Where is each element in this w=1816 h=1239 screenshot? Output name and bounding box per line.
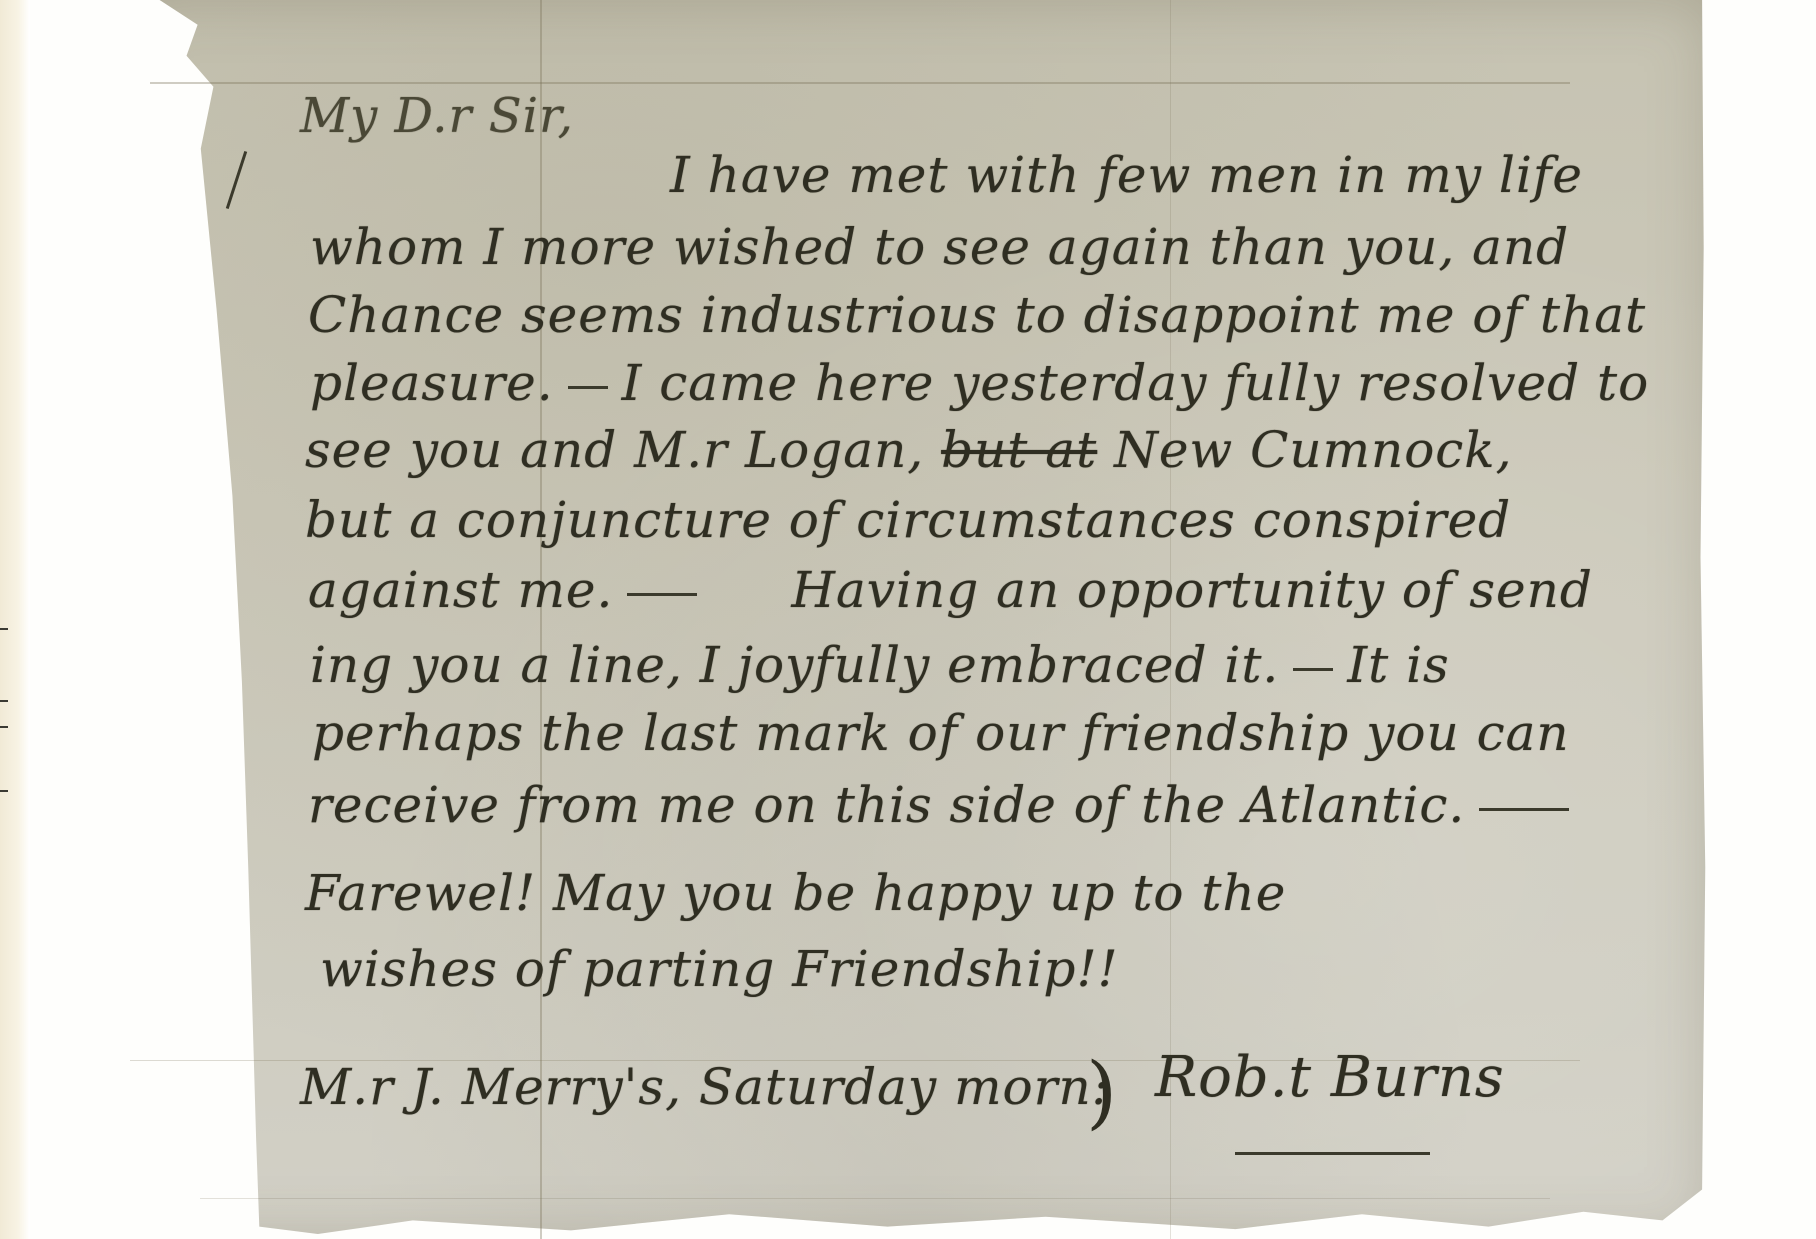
gutter-mark (0, 726, 8, 728)
salutation: My D.r Sir, (300, 92, 574, 140)
fold-line (540, 0, 542, 1239)
dash-mark (1293, 668, 1333, 671)
letter-line-3: Chance seems industrious to disappoint m… (308, 290, 1646, 340)
dash-mark (1479, 808, 1569, 811)
letter-line-2: whom I more wished to see again than you… (310, 222, 1569, 272)
letter-text: Having an opportunity of send (791, 561, 1592, 619)
letter-line-7: against me.Having an opportunity of send (308, 565, 1593, 615)
letter-line-12: wishes of parting Friendship!! (320, 944, 1119, 994)
book-gutter (0, 0, 30, 1239)
letter-text: New Cumnock, (1097, 421, 1512, 479)
dash-mark (627, 593, 697, 596)
letter-text: pleasure. (310, 354, 554, 412)
gutter-mark (0, 790, 8, 792)
letter-line-9: perhaps the last mark of our friendship … (312, 708, 1570, 758)
fold-line (200, 1198, 1550, 1199)
gutter-mark (0, 700, 8, 702)
signature: Rob.t Burns (1155, 1050, 1505, 1106)
letter-text: see you and M.r Logan, (305, 421, 941, 479)
dash-mark (568, 386, 608, 389)
letter-text: It is (1347, 636, 1449, 694)
letter-text: ing you a line, I joyfully embraced it. (310, 636, 1279, 694)
place-and-date: M.r J. Merry's, Saturday morn: (300, 1062, 1110, 1112)
fold-line (150, 82, 1570, 84)
letter-line-11: Farewel! May you be happy up to the (305, 868, 1286, 918)
letter-line-10: receive from me on this side of the Atla… (308, 780, 1583, 830)
struck-text: but at (941, 421, 1097, 479)
gutter-mark (0, 628, 8, 630)
letter-line-4: pleasure.I came here yesterday fully res… (310, 358, 1649, 408)
letter-text: I came here yesterday fully resolved to (622, 354, 1650, 412)
letter-text: receive from me on this side of the Atla… (308, 776, 1465, 834)
letter-line-6: but a conjuncture of circumstances consp… (305, 495, 1511, 545)
letter-line-8: ing you a line, I joyfully embraced it.I… (310, 640, 1450, 690)
letter-line-1: I have met with few men in my life (670, 150, 1583, 200)
bracket-mark: ) (1086, 1045, 1117, 1138)
signature-underline (1235, 1152, 1430, 1155)
letter-line-5: see you and M.r Logan, but at New Cumnoc… (305, 425, 1513, 475)
letter-text: against me. (308, 561, 613, 619)
